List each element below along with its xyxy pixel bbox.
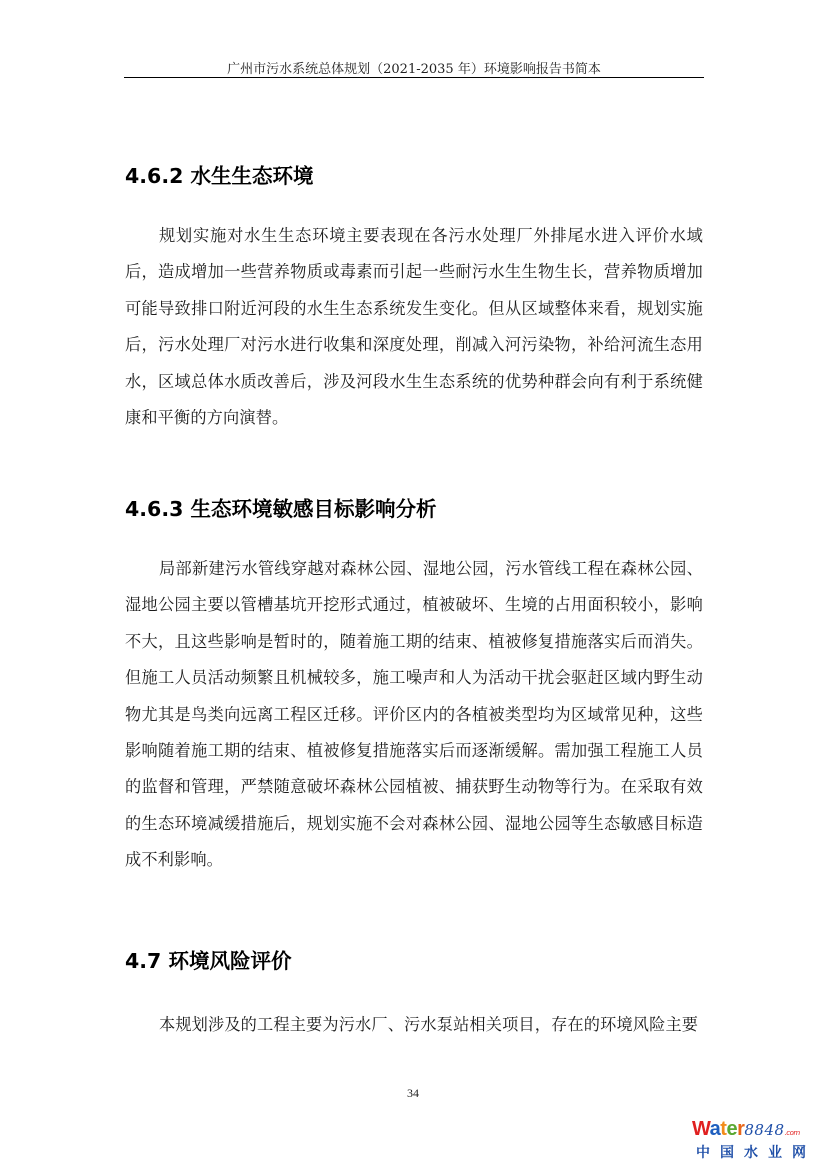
section-heading-4-6-2: 4.6.2 水生生态环境 — [125, 159, 314, 189]
logo-chinese-name: 中国水业网 — [692, 1144, 822, 1162]
section-paragraph-4-6-2: 规划实施对水生生态环境主要表现在各污水处理厂外排尾水进入评价水域后，造成增加一些… — [125, 218, 703, 436]
section-paragraph-4-7: 本规划涉及的工程主要为污水厂、污水泵站相关项目，存在的环境风险主要 — [125, 1007, 703, 1043]
section-heading-4-7: 4.7 环境风险评价 — [125, 944, 291, 974]
section-paragraph-4-6-3: 局部新建污水管线穿越对森林公园、湿地公园，污水管线工程在森林公园、湿地公园主要以… — [125, 551, 703, 879]
logo-letter-e: e — [726, 1118, 737, 1140]
logo-letter-w: W — [692, 1118, 710, 1140]
page-number: 34 — [0, 1086, 826, 1101]
logo-suffix: .com — [785, 1129, 800, 1137]
logo-letter-a: a — [710, 1118, 721, 1140]
section-heading-4-6-3: 4.6.3 生态环境敏感目标影响分析 — [125, 492, 437, 522]
logo-number: 8848 — [744, 1121, 784, 1139]
running-header: 广州市污水系统总体规划（2021-2035 年）环境影响报告书简本 — [124, 58, 704, 77]
header-divider — [124, 77, 704, 78]
logo-wordmark: Water8848.com — [692, 1118, 822, 1144]
water8848-logo: Water8848.com 中国水业网 — [692, 1118, 822, 1166]
